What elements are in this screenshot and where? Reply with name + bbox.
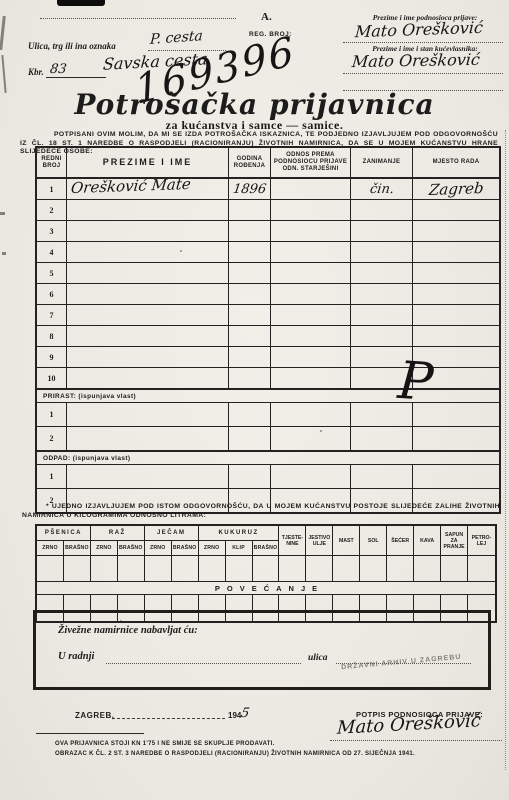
occupation-cell: čin. bbox=[351, 179, 413, 199]
group-header-jecam: JEČAM bbox=[145, 526, 199, 541]
relation-cell bbox=[271, 221, 351, 241]
birth-year-cell bbox=[229, 305, 271, 325]
column-header-petrolej: PETRO­LEJ bbox=[468, 526, 495, 556]
subheader-brasno: BRAŠNO bbox=[118, 541, 145, 556]
table-cell bbox=[279, 556, 306, 582]
workplace-cell bbox=[413, 326, 499, 346]
person-row: 3 bbox=[37, 221, 499, 242]
group-header-kukuruz: KUKURUZ bbox=[199, 526, 280, 541]
table-cell bbox=[64, 556, 91, 582]
workplace-handwritten: Zagreb bbox=[428, 179, 484, 199]
blank-line bbox=[40, 18, 236, 19]
relation-cell bbox=[271, 326, 351, 346]
relation-cell bbox=[271, 263, 351, 283]
relation-cell bbox=[271, 284, 351, 304]
column-header-sol: SOL bbox=[360, 526, 387, 556]
occupation-cell bbox=[351, 427, 413, 450]
occupation-cell bbox=[351, 284, 413, 304]
table-cell bbox=[468, 556, 495, 582]
relation-cell bbox=[271, 403, 351, 426]
name-cell bbox=[67, 368, 229, 388]
table-cell bbox=[118, 556, 145, 582]
row-number: 1 bbox=[37, 179, 67, 199]
povecanje-band-label: POVEĆANJE bbox=[37, 582, 495, 595]
subheader-zrno: ZRNO bbox=[199, 541, 226, 556]
scan-edge-mark bbox=[2, 252, 6, 255]
blank-line bbox=[343, 73, 503, 74]
birth-year-cell bbox=[229, 465, 271, 488]
workplace-cell bbox=[413, 465, 499, 488]
workplace-cell bbox=[413, 427, 499, 450]
relation-cell bbox=[271, 305, 351, 325]
workplace-cell bbox=[413, 284, 499, 304]
person-row: 8 bbox=[37, 326, 499, 347]
street-label: Ulica, trg ili ina oznaka bbox=[28, 41, 116, 51]
workplace-cell bbox=[413, 221, 499, 241]
birth-year-cell bbox=[229, 326, 271, 346]
table-cell bbox=[91, 556, 118, 582]
column-header-mast: MAST bbox=[333, 526, 360, 556]
column-header-jestivo-ulje: JESTIVO ULJE bbox=[306, 526, 333, 556]
signature-blank-line bbox=[330, 740, 502, 741]
birth-year-cell bbox=[229, 242, 271, 262]
row-number: 1 bbox=[37, 403, 67, 426]
prirast-row: 2 bbox=[37, 427, 499, 451]
year-handwritten: 1896 bbox=[232, 182, 267, 197]
name-cell bbox=[67, 221, 229, 241]
name-cell: Orešković Mate bbox=[67, 179, 229, 199]
name-cell bbox=[67, 465, 229, 488]
relation-cell bbox=[271, 179, 351, 199]
birth-year-cell bbox=[229, 263, 271, 283]
column-header-odnos: ODNOS PREMA PODNOSIOCU PRIJAVE ODN. STAR… bbox=[271, 148, 351, 177]
person-row: 6 bbox=[37, 284, 499, 305]
workplace-cell bbox=[413, 242, 499, 262]
occupation-cell bbox=[351, 465, 413, 488]
occupation-cell bbox=[351, 242, 413, 262]
house-number-handwritten: 83 bbox=[49, 62, 68, 77]
table-cell bbox=[172, 556, 199, 582]
row-number: 6 bbox=[37, 284, 67, 304]
person-row: 5 bbox=[37, 263, 499, 284]
scan-ink-blob bbox=[57, 0, 105, 6]
workplace-cell bbox=[413, 305, 499, 325]
column-header-sapun: SAPUN ZA PRANJE bbox=[441, 526, 468, 556]
subheader-klip: KLIP bbox=[226, 541, 253, 556]
person-row: 4 bbox=[37, 242, 499, 263]
table-cell bbox=[226, 556, 253, 582]
blank-line bbox=[343, 42, 503, 43]
occupation-handwritten: čin. bbox=[368, 182, 394, 197]
row-number: 4 bbox=[37, 242, 67, 262]
street-label-2: ulica bbox=[308, 653, 328, 663]
shop-label: U radnji bbox=[58, 651, 94, 662]
persons-table-header-row: REDNI BROJ PREZIME I IME GODINA ROĐENJA … bbox=[37, 148, 499, 179]
row-number: 9 bbox=[37, 347, 67, 367]
stock-table: PŠENICA RAŽ JEČAM KUKURUZ TJESTE­NINE JE… bbox=[35, 524, 497, 623]
form-title: Potrošačka prijavnica bbox=[0, 88, 509, 121]
relation-cell bbox=[271, 368, 351, 388]
row-number: 2 bbox=[37, 200, 67, 220]
column-header-mjesto-rada: MJESTO RADA bbox=[413, 148, 499, 177]
workplace-cell: Zagreb bbox=[413, 179, 499, 199]
occupation-cell bbox=[351, 326, 413, 346]
table-cell bbox=[306, 556, 333, 582]
birth-year-cell bbox=[229, 403, 271, 426]
row-number: 7 bbox=[37, 305, 67, 325]
scan-perforation-line bbox=[505, 130, 506, 770]
column-header-kava: KAVA bbox=[414, 526, 441, 556]
row-number: 3 bbox=[37, 221, 67, 241]
person-row: 1 Orešković Mate 1896 čin. Zagreb bbox=[37, 179, 499, 200]
row-number: 10 bbox=[37, 368, 67, 388]
subheader-zrno: ZRNO bbox=[37, 541, 64, 556]
section-a-label: A. bbox=[261, 11, 272, 23]
occupation-cell bbox=[351, 221, 413, 241]
birth-year-cell bbox=[229, 368, 271, 388]
divider-line bbox=[36, 733, 144, 734]
column-header-redni-broj: REDNI BROJ bbox=[37, 148, 67, 177]
subheader-zrno: ZRNO bbox=[145, 541, 172, 556]
name-handwritten: Orešković Mate bbox=[70, 175, 192, 197]
name-cell bbox=[67, 326, 229, 346]
street-handwritten: P. cesta bbox=[150, 28, 204, 48]
date-blank-line bbox=[112, 718, 225, 719]
column-header-secer: ŠEĆER bbox=[387, 526, 414, 556]
scanned-form-page: A. REG. BROJ: 169396 Prezime i ime podno… bbox=[0, 0, 509, 800]
name-cell bbox=[67, 200, 229, 220]
subheader-brasno: BRAŠNO bbox=[64, 541, 91, 556]
table-cell bbox=[333, 556, 360, 582]
table-cell bbox=[387, 556, 414, 582]
table-cell bbox=[414, 556, 441, 582]
person-row: 7 bbox=[37, 305, 499, 326]
workplace-cell bbox=[413, 263, 499, 283]
birth-year-cell bbox=[229, 347, 271, 367]
birth-year-cell bbox=[229, 284, 271, 304]
table-cell bbox=[145, 556, 172, 582]
name-cell bbox=[67, 427, 229, 450]
occupation-cell bbox=[351, 263, 413, 283]
relation-cell bbox=[271, 347, 351, 367]
birth-year-cell bbox=[229, 427, 271, 450]
table-cell bbox=[360, 556, 387, 582]
landlord-name-handwritten: Mato Orešković bbox=[351, 50, 481, 71]
table-cell bbox=[441, 556, 468, 582]
table-cell bbox=[253, 556, 280, 582]
subheader-brasno: BRAŠNO bbox=[253, 541, 280, 556]
city-label: ZAGREB, bbox=[75, 711, 115, 720]
column-header-prezime-ime: PREZIME I IME bbox=[67, 148, 229, 177]
name-cell bbox=[67, 284, 229, 304]
persons-table: REDNI BROJ PREZIME I IME GODINA ROĐENJA … bbox=[35, 146, 501, 514]
blank-line bbox=[46, 77, 106, 78]
workplace-cell bbox=[413, 200, 499, 220]
stock-declaration-text: * UJEDNO IZJAVLJUJEM POD ISTOM ODGOVORNO… bbox=[22, 503, 500, 520]
table-cell bbox=[37, 556, 64, 582]
applicant-name-handwritten: Mato Orešković bbox=[354, 18, 483, 42]
subheader-zrno: ZRNO bbox=[91, 541, 118, 556]
birth-year-cell bbox=[229, 221, 271, 241]
group-header-raz: RAŽ bbox=[91, 526, 145, 541]
blank-line bbox=[106, 663, 301, 664]
scan-edge-mark bbox=[0, 212, 5, 215]
table-cell bbox=[199, 556, 226, 582]
column-header-godina: GODINA ROĐENJA bbox=[229, 148, 271, 177]
row-number: 8 bbox=[37, 326, 67, 346]
house-number-label: Kbr. bbox=[28, 67, 44, 77]
purchase-declaration-box: Živežne namirnice nabavljat ću: U radnji… bbox=[33, 610, 491, 690]
occupation-cell bbox=[351, 305, 413, 325]
relation-cell bbox=[271, 242, 351, 262]
person-row: 2 bbox=[37, 200, 499, 221]
purchase-heading: Živežne namirnice nabavljat ću: bbox=[58, 625, 198, 636]
row-number: 2 bbox=[37, 427, 67, 450]
scan-edge-mark bbox=[0, 16, 6, 50]
relation-cell bbox=[271, 427, 351, 450]
subheader-brasno: BRAŠNO bbox=[172, 541, 199, 556]
odpad-section-label: ODPAD: (ispunjava vlast) bbox=[37, 451, 499, 465]
fine-print-price: OVA PRIJAVNICA STOJI KN 1'75 I NE SMIJE … bbox=[55, 741, 275, 747]
fine-print-regulation: OBRAZAC K ČL. 2 ST. 3 NAREDBE O RASPODJE… bbox=[55, 751, 415, 757]
row-number: 5 bbox=[37, 263, 67, 283]
name-cell bbox=[67, 403, 229, 426]
relation-cell bbox=[271, 465, 351, 488]
name-cell bbox=[67, 242, 229, 262]
name-cell bbox=[67, 263, 229, 283]
row-number: 1 bbox=[37, 465, 67, 488]
relation-cell bbox=[271, 200, 351, 220]
handwritten-year-digit: 5 bbox=[240, 706, 251, 721]
birth-year-cell: 1896 bbox=[229, 179, 271, 199]
column-header-zanimanje: ZANIMANJE bbox=[351, 148, 413, 177]
handwritten-mark: P bbox=[396, 351, 435, 413]
name-cell bbox=[67, 347, 229, 367]
birth-year-cell bbox=[229, 200, 271, 220]
occupation-cell bbox=[351, 200, 413, 220]
group-header-psenica: PŠENICA bbox=[37, 526, 91, 541]
name-cell bbox=[67, 305, 229, 325]
odpad-row: 1 bbox=[37, 465, 499, 489]
column-header-tjestenine: TJESTE­NINE bbox=[279, 526, 306, 556]
